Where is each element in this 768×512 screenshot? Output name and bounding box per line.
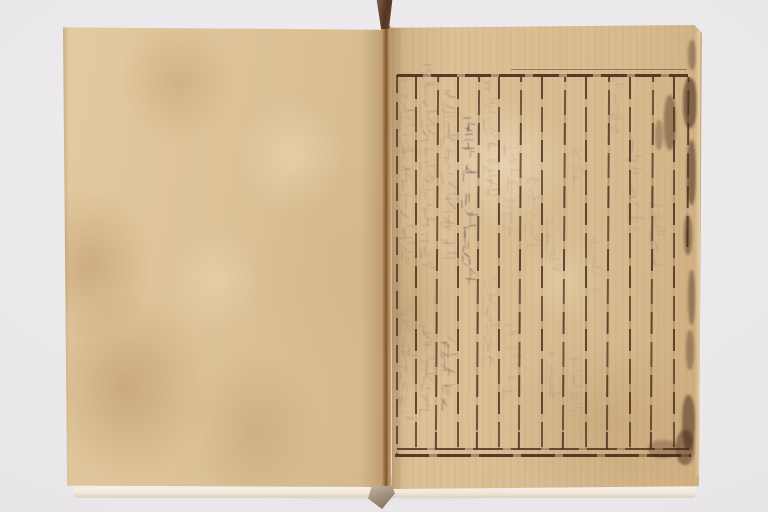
column-rule-line <box>415 77 417 449</box>
frame-bottom-border-outer <box>395 454 691 457</box>
binding-ribbon-top <box>376 0 393 29</box>
frame-bottom-border-inner <box>397 448 689 450</box>
column-rule-line <box>498 77 500 449</box>
column-rule-line <box>629 77 631 449</box>
ink-smudge <box>688 40 696 70</box>
column-rule-line <box>457 77 459 449</box>
frame-left-border <box>396 75 398 454</box>
ink-smudge <box>686 330 694 370</box>
ink-smudge <box>687 140 696 205</box>
binding-ribbon-bottom <box>368 486 395 509</box>
frame-top-thin-line <box>511 69 687 70</box>
ink-smudge <box>683 78 697 128</box>
book-photograph <box>0 0 768 512</box>
ink-smudge <box>688 270 695 325</box>
ink-smudge <box>648 440 678 458</box>
ink-smudge <box>684 215 692 255</box>
left-page <box>63 26 381 487</box>
right-page <box>391 25 702 489</box>
ink-smudge <box>655 120 663 150</box>
column-rule-line <box>541 77 543 449</box>
column-rule-line <box>585 77 587 449</box>
spine-gutter <box>381 26 391 487</box>
ink-smudge <box>676 430 694 465</box>
ink-smudge <box>664 95 676 150</box>
